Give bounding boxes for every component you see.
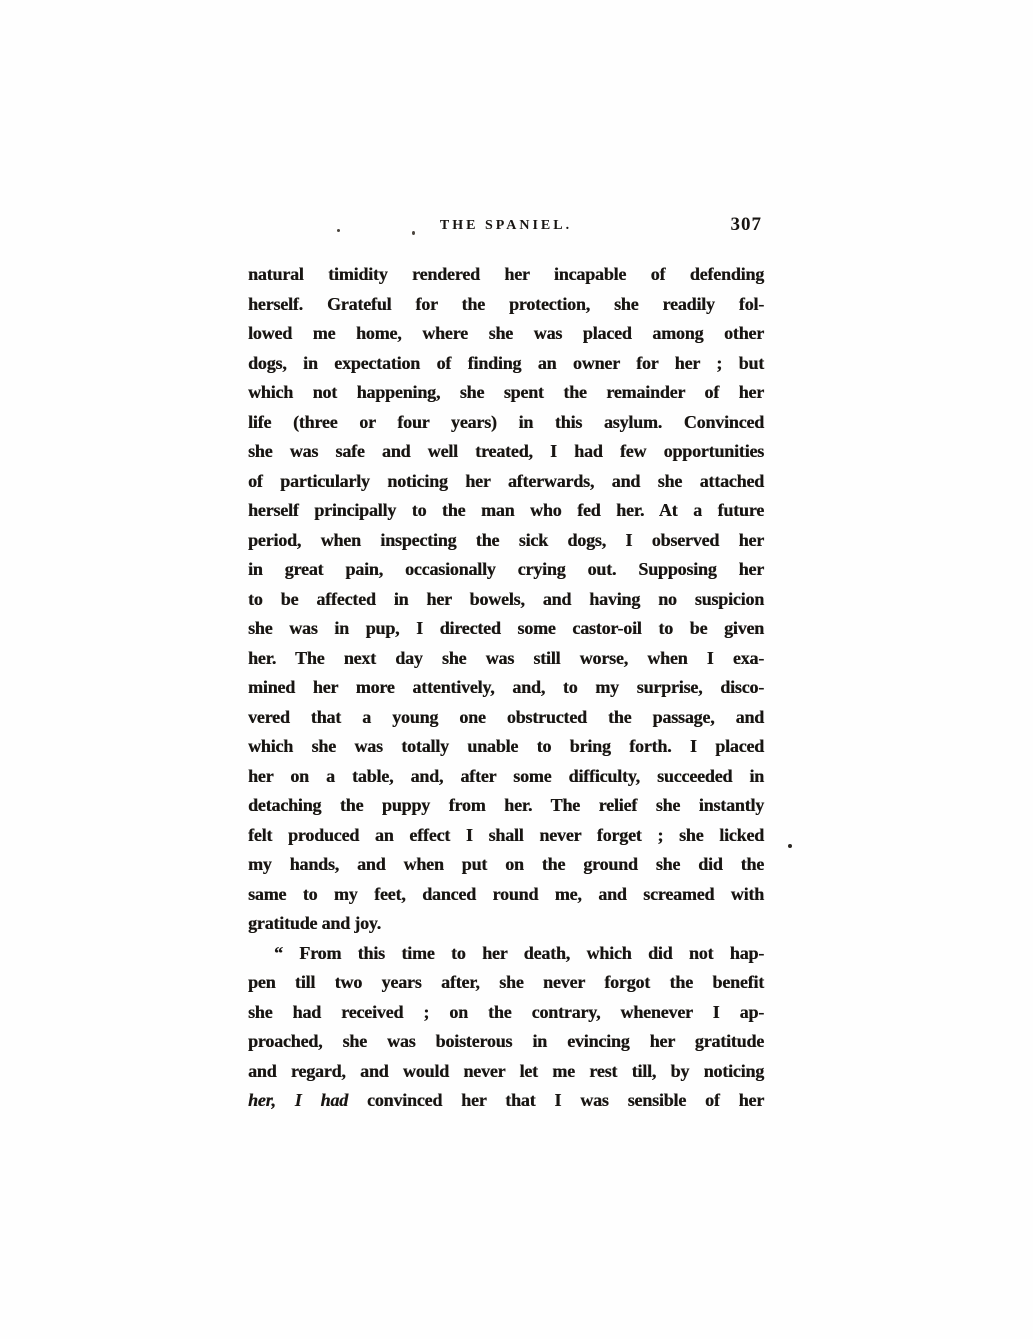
body-text: natural timidity rendered her incapable … [248,260,764,1116]
text-line: in great pain, occasionally crying out. … [248,555,764,585]
text-line: proached, she was boisterous in evincing… [248,1027,764,1057]
text-line: which not happening, she spent the remai… [248,378,764,408]
text-line: life (three or four years) in this asylu… [248,408,764,438]
text-line: detaching the puppy from her. The relief… [248,791,764,821]
text-line: her on a table, and, after some difficul… [248,762,764,792]
text-line: pen till two years after, she never forg… [248,968,764,998]
text-line: vered that a young one obstructed the pa… [248,703,764,733]
text-line: natural timidity rendered her incapable … [248,260,764,290]
text-line: felt produced an effect I shall never fo… [248,821,764,851]
regular-text: convinced her that I was sensible of her [348,1090,764,1110]
paragraph-2: “ From this time to her death, which did… [248,939,764,1116]
text-line: dogs, in expectation of finding an owner… [248,349,764,379]
text-block: THE SPANIEL. 307 natural timidity render… [248,214,764,1116]
text-line: her. The next day she was still worse, w… [248,644,764,674]
text-line: she had received ; on the contrary, when… [248,998,764,1028]
text-line: “ From this time to her death, which did… [248,939,764,969]
text-line: to be affected in her bowels, and having… [248,585,764,615]
text-line: which she was totally unable to bring fo… [248,732,764,762]
text-line: my hands, and when put on the ground she… [248,850,764,880]
text-line: herself principally to the man who fed h… [248,496,764,526]
text-line: she was in pup, I directed some castor-o… [248,614,764,644]
page-number: 307 [731,214,763,236]
text-line: same to my feet, danced round me, and sc… [248,880,764,910]
scanned-book-page: THE SPANIEL. 307 natural timidity render… [0,0,1033,1339]
text-line: herself. Grateful for the protection, sh… [248,290,764,320]
running-header: THE SPANIEL. 307 [248,214,764,246]
text-line: period, when inspecting the sick dogs, I… [248,526,764,556]
text-line-partial-italic: her, I had convinced her that I was sens… [248,1086,764,1116]
text-line: she was safe and well treated, I had few… [248,437,764,467]
scan-speck [788,844,792,848]
italic-text: her, I had [248,1090,348,1110]
text-line: mined her more attentively, and, to my s… [248,673,764,703]
text-line: lowed me home, where she was placed amon… [248,319,764,349]
paragraph-1: natural timidity rendered her incapable … [248,260,764,939]
text-line: and regard, and would never let me rest … [248,1057,764,1087]
text-line: of particularly noticing her afterwards,… [248,467,764,497]
text-line: gratitude and joy. [248,909,764,939]
running-header-title: THE SPANIEL. [248,218,764,234]
